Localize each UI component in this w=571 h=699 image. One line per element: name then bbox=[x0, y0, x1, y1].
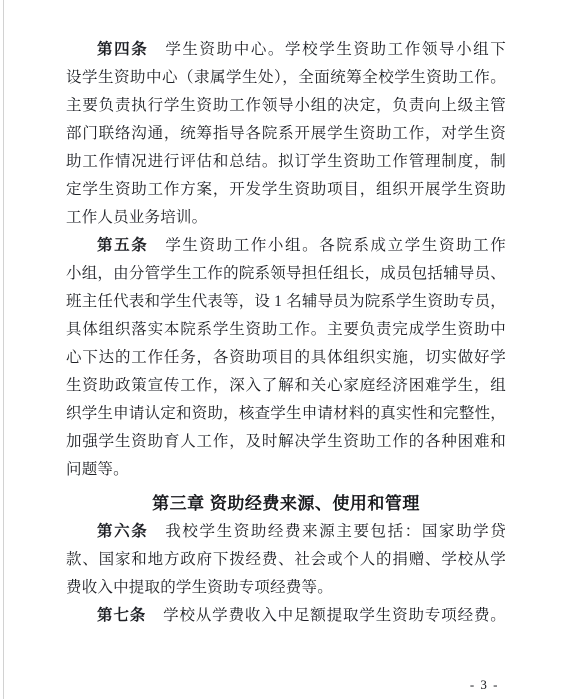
scan-edge-line bbox=[3, 0, 4, 699]
text-line: 问题等。 bbox=[66, 456, 506, 484]
chapter-heading: 第三章 资助经费来源、使用和管理 bbox=[66, 490, 506, 518]
article-label: 第六条 bbox=[97, 523, 148, 540]
line-text: 学校从学费收入中足额提取学生资助专项经费。 bbox=[163, 607, 506, 624]
text-line: 工作人员业务培训。 bbox=[66, 204, 506, 232]
text-line: 加强学生资助育人工作，及时解决学生资助工作的各种困难和 bbox=[66, 428, 506, 456]
text-line: 助工作情况进行评估和总结。拟订学生资助工作管理制度，制 bbox=[66, 148, 506, 176]
document-body: 第四条学生资助中心。学校学生资助工作领导小组下设学生资助中心（隶属学生处），全面… bbox=[66, 36, 506, 630]
text-line: 定学生资助工作方案，开发学生资助项目，组织开展学生资助 bbox=[66, 176, 506, 204]
text-line: 织学生申请认定和资助，核查学生申请材料的真实性和完整性， bbox=[66, 400, 506, 428]
text-line: 主要负责执行学生资助工作领导小组的决定，负责向上级主管 bbox=[66, 92, 506, 120]
document-page: { "page": { "number_label": "- 3 -" }, "… bbox=[0, 0, 571, 699]
line-text: 学生资助工作小组。各院系成立学生资助工作 bbox=[165, 237, 506, 254]
text-line: 款、国家和地方政府下拨经费、社会或个人的捐赠、学校从学 bbox=[66, 546, 506, 574]
page-number: - 3 - bbox=[470, 677, 499, 692]
text-line: 小组，由分管学生工作的院系领导担任组长，成员包括辅导员、 bbox=[66, 260, 506, 288]
text-line: 第四条学生资助中心。学校学生资助工作领导小组下 bbox=[66, 36, 506, 64]
article-label: 第四条 bbox=[97, 41, 148, 58]
text-line: 具体组织落实本院系学生资助工作。主要负责完成学生资助中 bbox=[66, 316, 506, 344]
text-line: 第五条学生资助工作小组。各院系成立学生资助工作 bbox=[66, 232, 506, 260]
text-line: 费收入中提取的学生资助专项经费等。 bbox=[66, 574, 506, 602]
line-text: 我校学生资助经费来源主要包括：国家助学贷 bbox=[165, 523, 506, 540]
text-line: 第七条学校从学费收入中足额提取学生资助专项经费。 bbox=[66, 602, 506, 630]
article-label: 第五条 bbox=[97, 237, 148, 254]
article-label: 第七条 bbox=[97, 607, 146, 624]
text-line: 部门联络沟通，统筹指导各院系开展学生资助工作，对学生资 bbox=[66, 120, 506, 148]
text-line: 心下达的工作任务，各资助项目的具体组织实施，切实做好学 bbox=[66, 344, 506, 372]
text-line: 设学生资助中心（隶属学生处），全面统筹全校学生资助工作。 bbox=[66, 64, 506, 92]
text-line: 第六条我校学生资助经费来源主要包括：国家助学贷 bbox=[66, 518, 506, 546]
text-line: 班主任代表和学生代表等，设 1 名辅导员为院系学生资助专员， bbox=[66, 288, 506, 316]
line-text: 学生资助中心。学校学生资助工作领导小组下 bbox=[165, 41, 506, 58]
text-line: 生资助政策宣传工作，深入了解和关心家庭经济困难学生，组 bbox=[66, 372, 506, 400]
